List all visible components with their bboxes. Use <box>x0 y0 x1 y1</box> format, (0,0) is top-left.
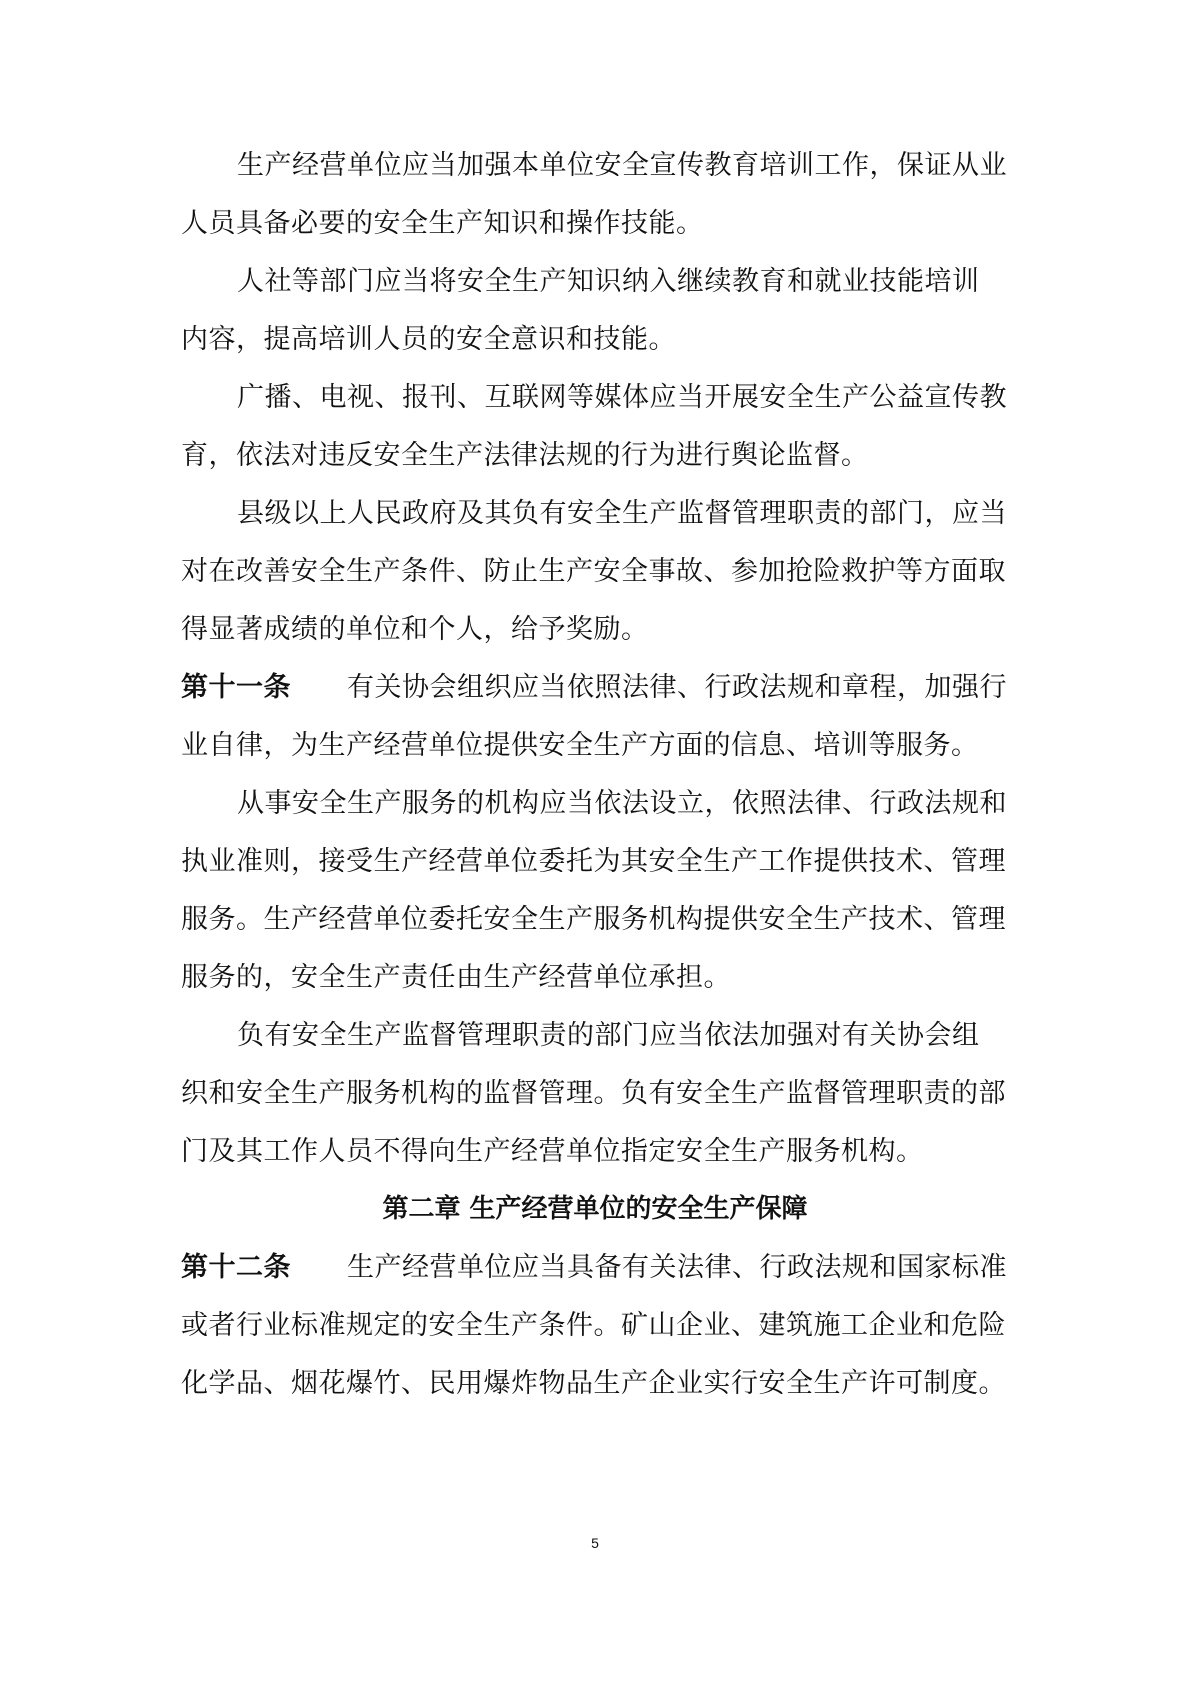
paragraph-line: 或者行业标准规定的安全生产条件。矿山企业、建筑施工企业和危险 <box>181 1310 1011 1342</box>
paragraph-line: 人员具备必要的安全生产知识和操作技能。 <box>181 208 1011 240</box>
paragraph-line: 化学品、烟花爆竹、民用爆炸物品生产企业实行安全生产许可制度。 <box>181 1368 1011 1400</box>
paragraph-text: 有关协会组织应当依照法律、行政法规和章程，加强行 <box>347 672 1007 703</box>
article-11-line: 第十一条有关协会组织应当依照法律、行政法规和章程，加强行 <box>181 672 1011 704</box>
page-number: 5 <box>0 1535 1190 1551</box>
paragraph-line: 业自律，为生产经营单位提供安全生产方面的信息、培训等服务。 <box>181 730 1011 762</box>
paragraph-line: 门及其工作人员不得向生产经营单位指定安全生产服务机构。 <box>181 1136 1011 1168</box>
paragraph-line: 得显著成绩的单位和个人，给予奖励。 <box>181 614 1011 646</box>
paragraph-line: 对在改善安全生产条件、防止生产安全事故、参加抢险救护等方面取 <box>181 556 1011 588</box>
paragraph-line: 广播、电视、报刊、互联网等媒体应当开展安全生产公益宣传教 <box>237 382 1011 414</box>
article-11-heading: 第十一条 <box>181 672 291 703</box>
paragraph-line: 生产经营单位应当加强本单位安全宣传教育培训工作，保证从业 <box>237 150 1011 182</box>
chapter-title: 第二章 生产经营单位的安全生产保障 <box>0 1193 1190 1225</box>
paragraph-line: 内容，提高培训人员的安全意识和技能。 <box>181 324 1011 356</box>
paragraph-line: 执业准则，接受生产经营单位委托为其安全生产工作提供技术、管理 <box>181 846 1011 878</box>
paragraph-line: 育，依法对违反安全生产法律法规的行为进行舆论监督。 <box>181 440 1011 472</box>
paragraph-line: 负有安全生产监督管理职责的部门应当依法加强对有关协会组 <box>237 1020 1011 1052</box>
paragraph-line: 服务的，安全生产责任由生产经营单位承担。 <box>181 962 1011 994</box>
paragraph-line: 织和安全生产服务机构的监督管理。负有安全生产监督管理职责的部 <box>181 1078 1011 1110</box>
paragraph-line: 从事安全生产服务的机构应当依法设立，依照法律、行政法规和 <box>237 788 1011 820</box>
paragraph-line: 服务。生产经营单位委托安全生产服务机构提供安全生产技术、管理 <box>181 904 1011 936</box>
paragraph-line: 人社等部门应当将安全生产知识纳入继续教育和就业技能培训 <box>237 266 1011 298</box>
article-12-line: 第十二条生产经营单位应当具备有关法律、行政法规和国家标准 <box>181 1252 1011 1284</box>
article-12-heading: 第十二条 <box>181 1252 291 1283</box>
paragraph-line: 县级以上人民政府及其负有安全生产监督管理职责的部门，应当 <box>237 498 1011 530</box>
paragraph-text: 生产经营单位应当具备有关法律、行政法规和国家标准 <box>347 1252 1007 1283</box>
